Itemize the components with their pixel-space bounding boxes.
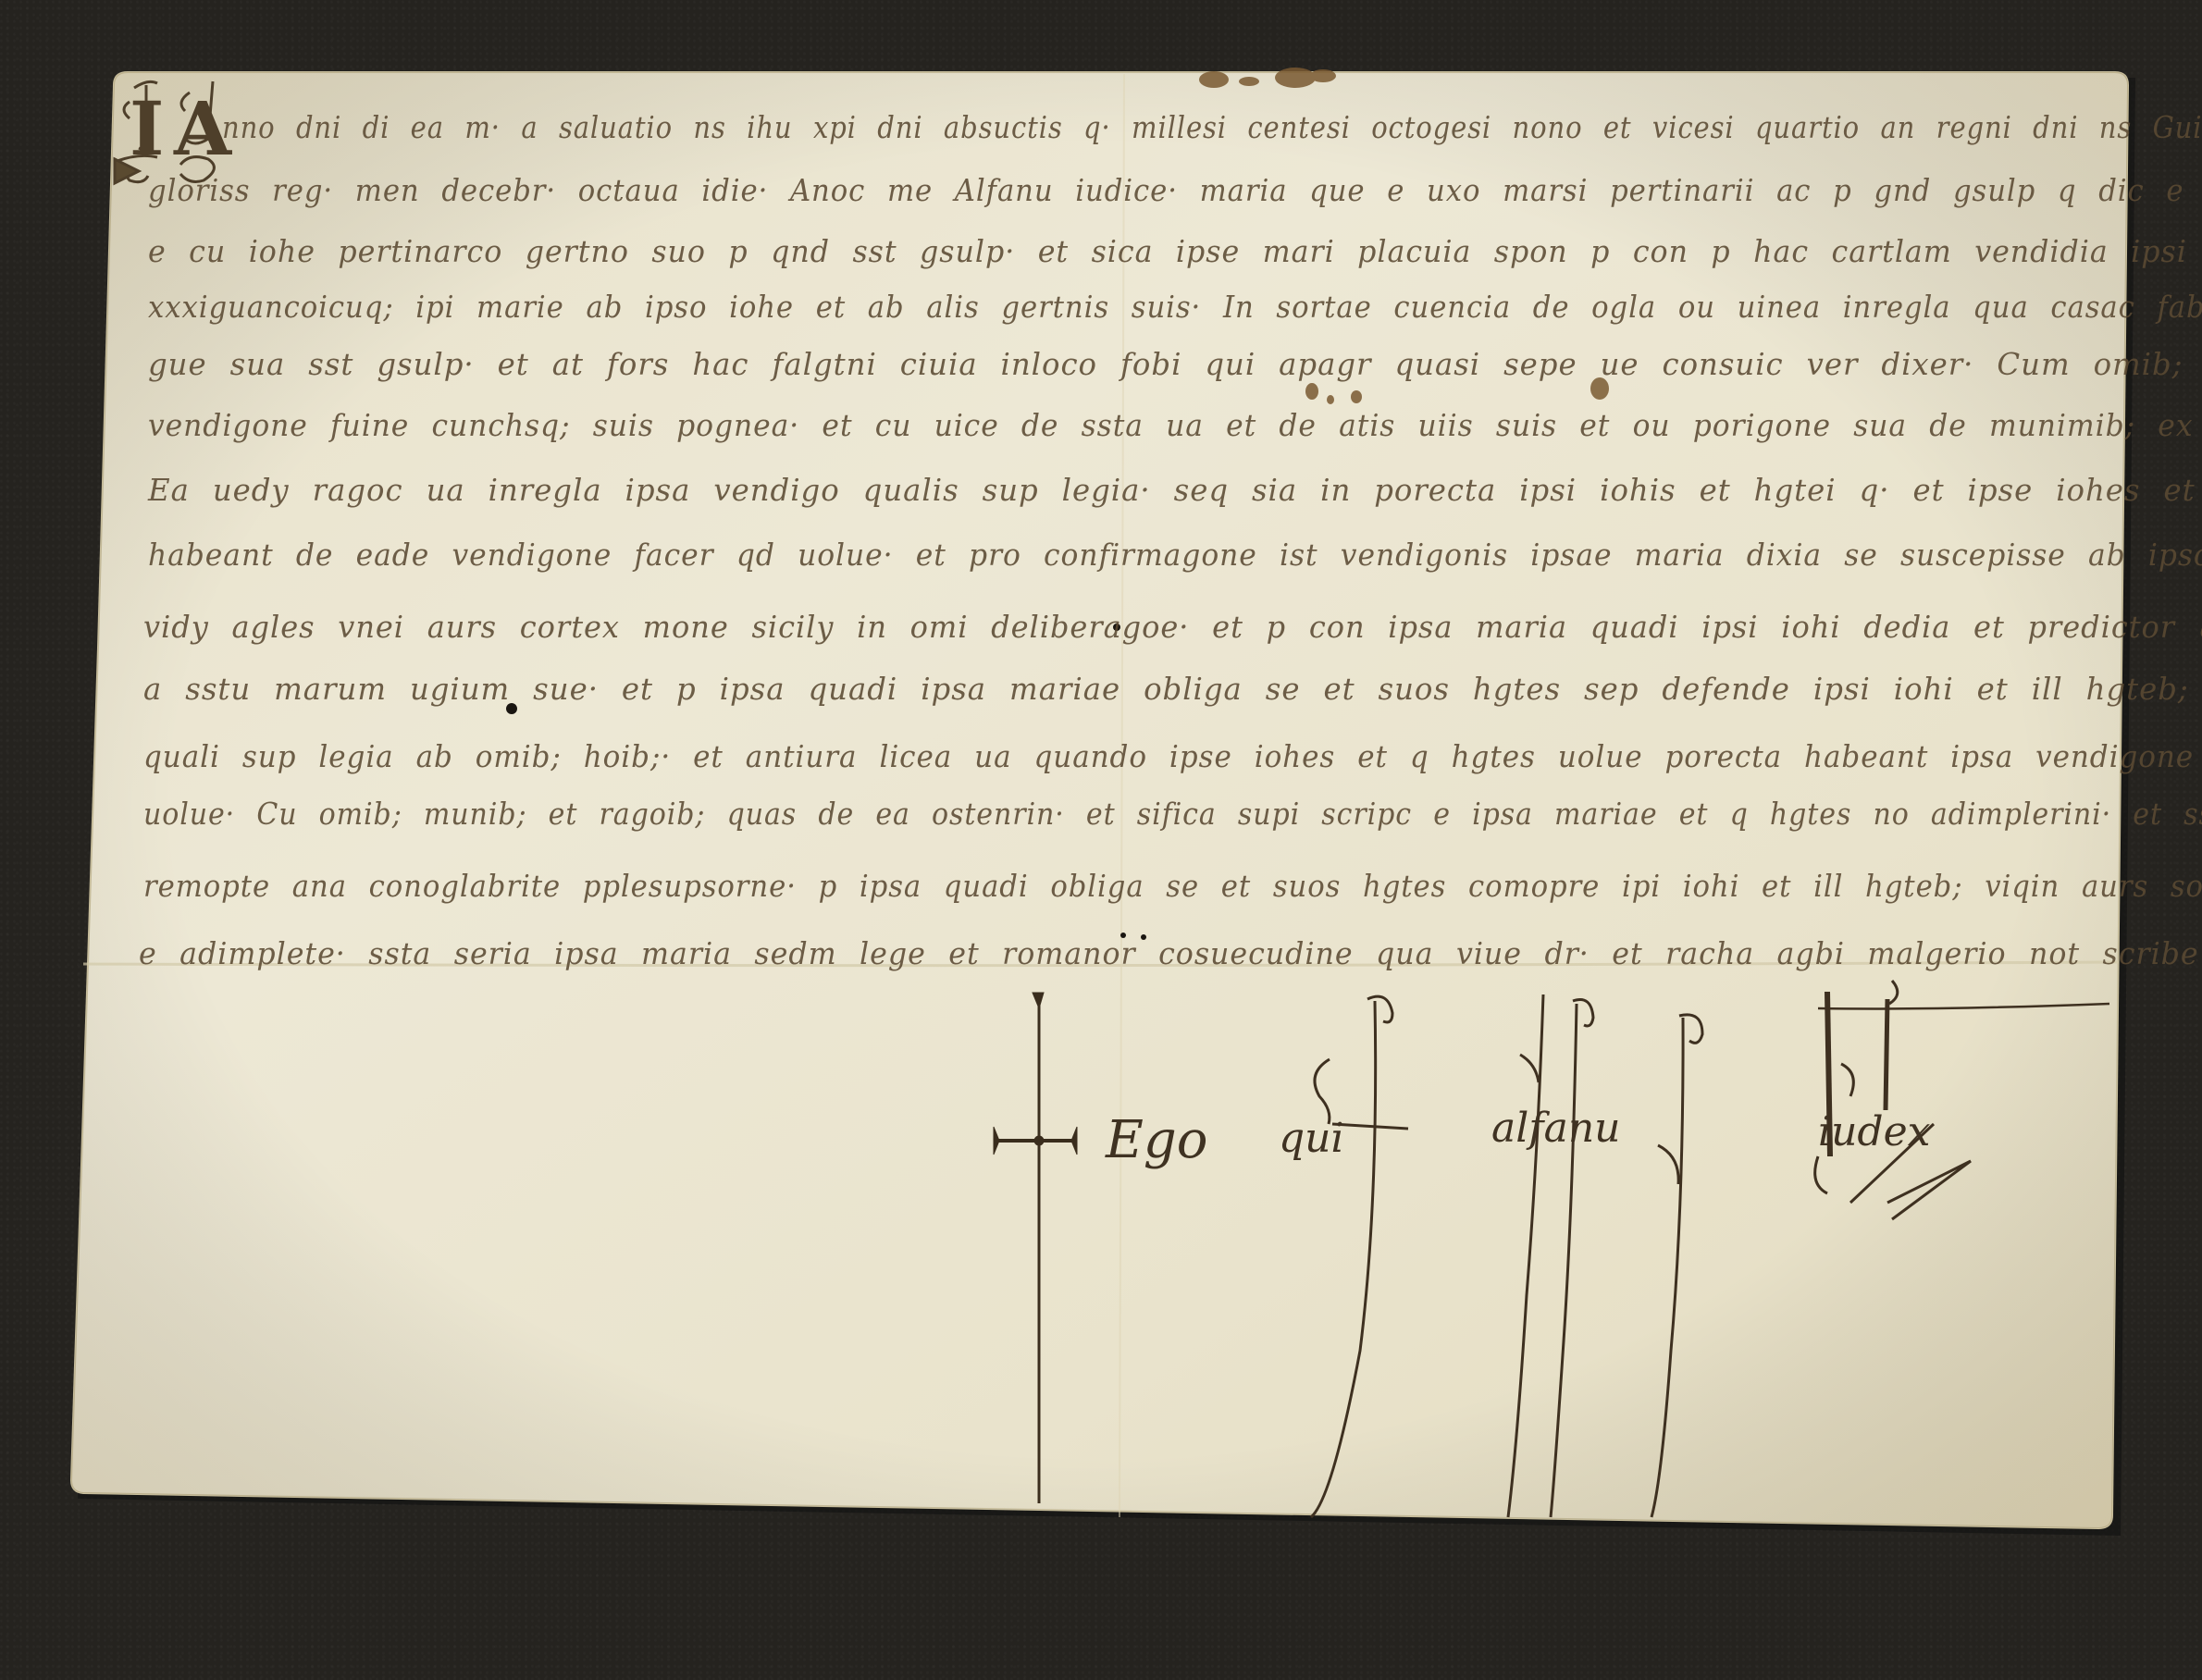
- text-line-1: nno dni di ea m· a saluatio ns ihu xpi d…: [222, 109, 1867, 146]
- text-line-7: Ea uedy ragoc ua inregla ipsa vendigo qu…: [148, 472, 2052, 509]
- signature-ego: Ego: [1106, 1110, 1207, 1170]
- text-line-10: a sstu marum ugium sue· et p ipsa quadi …: [143, 671, 2047, 708]
- signature-qui: qui: [1279, 1115, 1344, 1162]
- signature-alfanu: alfanu: [1491, 1105, 1621, 1152]
- text-line-14: e adimplete· ssta seria ipsa maria sedm …: [139, 935, 1826, 972]
- invocation-initial: I: [130, 85, 164, 172]
- text-line-6: vendigone fuine cunchsq; suis pognea· et…: [148, 407, 1994, 444]
- text-line-9: vidy agles vnei aurs cortex mone sicily …: [143, 609, 2028, 646]
- text-line-13: remopte ana conoglabrite pplesupsorne· p…: [143, 868, 1950, 905]
- document-viewer: I A nno dni di ea m· a saluatio ns ihu x…: [0, 0, 2202, 1680]
- text-line-2: gloriss reg· men decebr· octaua idie· An…: [148, 172, 1955, 209]
- text-line-12: uolue· Cu omib; munib; et ragoib; quas d…: [143, 796, 1911, 833]
- signature-iudex: iudex: [1818, 1108, 1930, 1155]
- text-line-8: habeant de eade vendigone facer qd uolue…: [148, 537, 1994, 574]
- text-line-11: quali sup legia ab omib; hoib;· et antiu…: [143, 738, 1970, 775]
- text-line-3: e cu iohe pertinarco gertno suo p qnd ss…: [148, 233, 2013, 270]
- text-line-5: gue sua sst gsulp· et at fors hac falgtn…: [148, 346, 2052, 383]
- text-line-4: xxxiguancoicuq; ipi marie ab ipso iohe e…: [148, 289, 1955, 326]
